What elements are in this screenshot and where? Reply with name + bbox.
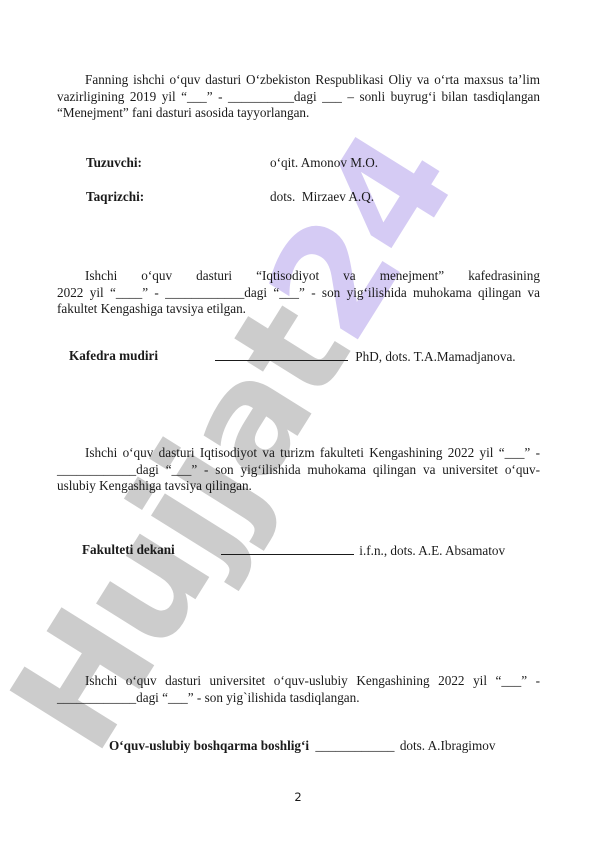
reviewer-name: dots. Mirzaev A.Q. (270, 189, 374, 204)
reviewer-name-row: dots. Mirzaev A.Q. (270, 189, 374, 205)
methodology-head-line: ____________ (315, 738, 394, 753)
compiler-name-row: o‘qit. Amonov M.O. (270, 155, 378, 171)
methodology-head-label: O‘quv-uslubiy boshqarma boshlig‘i (109, 738, 309, 753)
department-approval-line1: Ishchi o‘quv dasturi “Iqtisodiyot va men… (85, 268, 540, 285)
department-approval-paragraph: Ishchi o‘quv dasturi “Iqtisodiyot va men… (57, 268, 540, 318)
department-head-name: PhD, dots. T.A.Mamadjanova. (355, 349, 515, 364)
dean-signature: i.f.n., dots. A.E. Absamatov (221, 542, 505, 559)
page-number: 2 (0, 790, 596, 804)
faculty-approval-text: Ishchi o‘quv dasturi Iqtisodiyot va turi… (57, 445, 540, 493)
author-row-compiler: Tuzuvchi: (86, 155, 142, 171)
signature-line (215, 348, 348, 361)
department-head-label: Kafedra mudiri (69, 348, 158, 363)
compiler-label: Tuzuvchi: (86, 155, 142, 170)
dean-row: Fakulteti dekani (82, 542, 175, 558)
department-head-row: Kafedra mudiri (69, 348, 158, 364)
dean-name: i.f.n., dots. A.E. Absamatov (359, 543, 505, 558)
author-row-reviewer: Taqrizchi: (86, 189, 144, 205)
faculty-approval-paragraph: Ishchi o‘quv dasturi Iqtisodiyot va turi… (57, 445, 540, 495)
intro-text: Fanning ishchi o‘quv dasturi O‘zbekiston… (57, 72, 540, 120)
university-approval-paragraph: Ishchi o‘quv dasturi universitet o‘quv-u… (57, 673, 540, 706)
document-page: Fanning ishchi o‘quv dasturi O‘zbekiston… (0, 0, 596, 842)
reviewer-label: Taqrizchi: (86, 189, 144, 204)
dean-label: Fakulteti dekani (82, 542, 175, 557)
compiler-name: o‘qit. Amonov M.O. (270, 155, 378, 170)
methodology-head-name: dots. A.Ibragimov (400, 738, 496, 753)
signature-line (221, 542, 354, 555)
methodology-head-row: O‘quv-uslubiy boshqarma boshlig‘i ______… (109, 738, 495, 754)
department-head-signature: PhD, dots. T.A.Mamadjanova. (215, 348, 516, 365)
intro-paragraph: Fanning ishchi o‘quv dasturi O‘zbekiston… (57, 72, 540, 122)
department-approval-rest: 2022 yil “____” - ____________dagi “___”… (57, 285, 540, 317)
university-approval-text: Ishchi o‘quv dasturi universitet o‘quv-u… (57, 673, 540, 705)
